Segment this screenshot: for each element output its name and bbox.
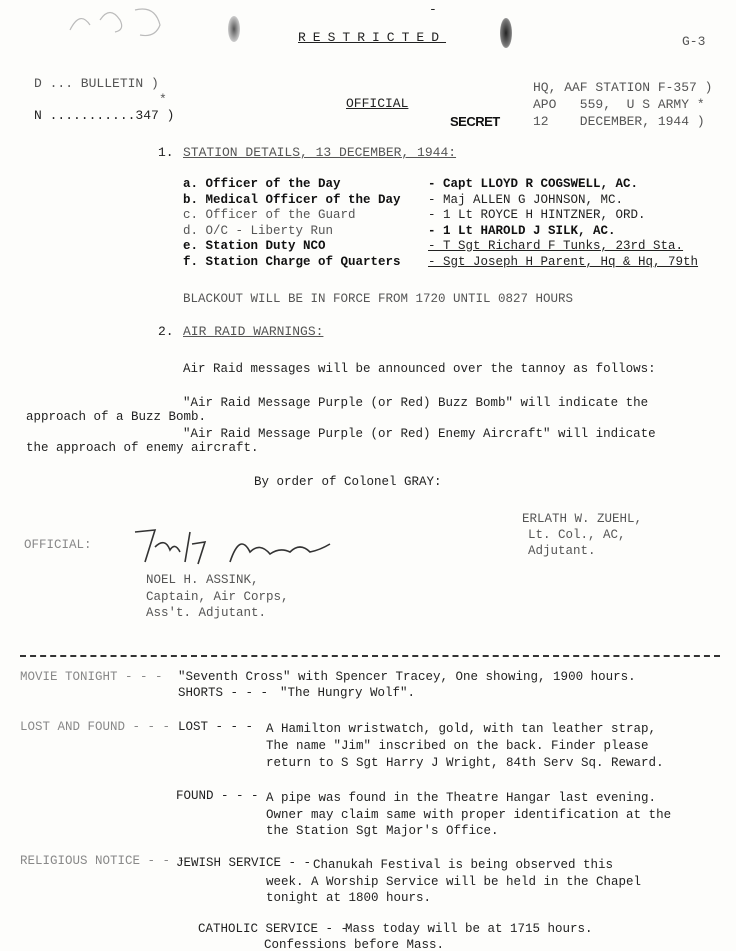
section-1-number: 1. [158, 145, 174, 160]
lost-label: LOST - - - [178, 720, 253, 734]
blackout-notice: BLACKOUT WILL BE IN FORCE FROM 1720 UNTI… [183, 292, 573, 306]
adjutant-rank: Lt. Col., AC, [528, 528, 626, 542]
air-raid-intro: Air Raid messages will be announced over… [183, 362, 656, 376]
section-1-title: STATION DETAILS, 13 DECEMBER, 1944: [183, 145, 456, 160]
section-divider [20, 655, 720, 657]
section-2-number: 2. [158, 324, 174, 339]
catholic-line-1: Mass today will be at 1715 hours. [345, 922, 593, 936]
hq-line-1: HQ, AAF STATION F-357 ) [533, 80, 712, 95]
duty-label: e. Station Duty NCO [183, 239, 326, 253]
lost-found-label: LOST AND FOUND - - - [20, 720, 170, 734]
pencil-annotation [60, 0, 180, 40]
duty-value: - Sgt Joseph H Parent, Hq & Hq, 79th [428, 255, 698, 269]
ink-blot-left [228, 16, 240, 42]
hq-line-2: APO 559, U S ARMY * [533, 97, 705, 112]
asst-adjutant-title: Ass't. Adjutant. [146, 606, 266, 620]
jewish-line-3: tonight at 1800 hours. [266, 891, 431, 905]
bulletin-star: * [159, 92, 167, 107]
air-raid-msg-1-line-2: approach of a Buzz Bomb. [26, 410, 206, 424]
found-line-1: A pipe was found in the Theatre Hangar l… [266, 791, 656, 805]
classification-heading: RESTRICTED [298, 30, 446, 45]
page-reference: G-3 [682, 34, 705, 49]
duty-label: c. Officer of the Guard [183, 208, 356, 222]
religious-notice-label: RELIGIOUS NOTICE - - - [20, 854, 185, 868]
ink-blot-right [500, 18, 512, 48]
handwritten-signature [130, 522, 350, 572]
hq-line-3: 12 DECEMBER, 1944 ) [533, 114, 705, 129]
catholic-line-2: Confessions before Mass. [264, 938, 444, 951]
lost-line-3: return to S Sgt Harry J Wright, 84th Ser… [266, 756, 664, 770]
air-raid-msg-2-line-2: the approach of enemy aircraft. [26, 441, 259, 455]
air-raid-msg-1-line-1: "Air Raid Message Purple (or Red) Buzz B… [183, 396, 648, 410]
adjutant-title: Adjutant. [528, 544, 596, 558]
duty-value: - 1 Lt HAROLD J SILK, AC. [428, 224, 616, 238]
duty-value: - T Sgt Richard F Tunks, 23rd Sta. [428, 239, 683, 253]
jewish-line-2: week. A Worship Service will be held in … [266, 875, 641, 889]
official-label: OFFICIAL [346, 96, 408, 111]
bulletin-line-1: D ... BULLETIN ) [34, 76, 159, 91]
duty-value: - 1 Lt ROYCE H HINTZNER, ORD. [428, 208, 646, 222]
bulletin-line-2: N ...........347 ) [34, 108, 174, 123]
lost-line-1: A Hamilton wristwatch, gold, with tan le… [266, 722, 656, 736]
movie-text: "Seventh Cross" with Spencer Tracey, One… [178, 670, 636, 684]
stray-mark: - [429, 2, 437, 17]
found-line-3: the Station Sgt Major's Office. [266, 824, 499, 838]
lost-line-2: The name "Jim" inscribed on the back. Fi… [266, 739, 649, 753]
found-line-2: Owner may claim same with proper identif… [266, 808, 671, 822]
jewish-service-label: JEWISH SERVICE - - [176, 856, 311, 870]
shorts-label: SHORTS - - - [178, 686, 268, 700]
duty-value: - Maj ALLEN G JOHNSON, MC. [428, 193, 623, 207]
found-label: FOUND - - - [176, 789, 259, 803]
shorts-text: "The Hungry Wolf". [280, 686, 415, 700]
movie-label: MOVIE TONIGHT - - - [20, 670, 163, 684]
duty-value: - Capt LLOYD R COGSWELL, AC. [428, 177, 638, 191]
duty-label: a. Officer of the Day [183, 177, 341, 191]
air-raid-msg-2-line-1: "Air Raid Message Purple (or Red) Enemy … [183, 427, 656, 441]
section-2-title: AIR RAID WARNINGS: [183, 324, 323, 339]
official-stamp-label: OFFICIAL: [24, 538, 92, 552]
asst-adjutant-name: NOEL H. ASSINK, [146, 573, 259, 587]
asst-adjutant-rank: Captain, Air Corps, [146, 590, 289, 604]
adjutant-name: ERLATH W. ZUEHL, [522, 512, 642, 526]
jewish-line-1: Chanukah Festival is being observed this [313, 858, 613, 872]
duty-label: d. O/C - Liberty Run [183, 224, 333, 238]
by-order-line: By order of Colonel GRAY: [254, 475, 442, 489]
duty-label: b. Medical Officer of the Day [183, 193, 401, 207]
duty-label: f. Station Charge of Quarters [183, 255, 401, 269]
catholic-service-label: CATHOLIC SERVICE - - [198, 922, 348, 936]
secret-stamp: SECRET [450, 114, 500, 129]
